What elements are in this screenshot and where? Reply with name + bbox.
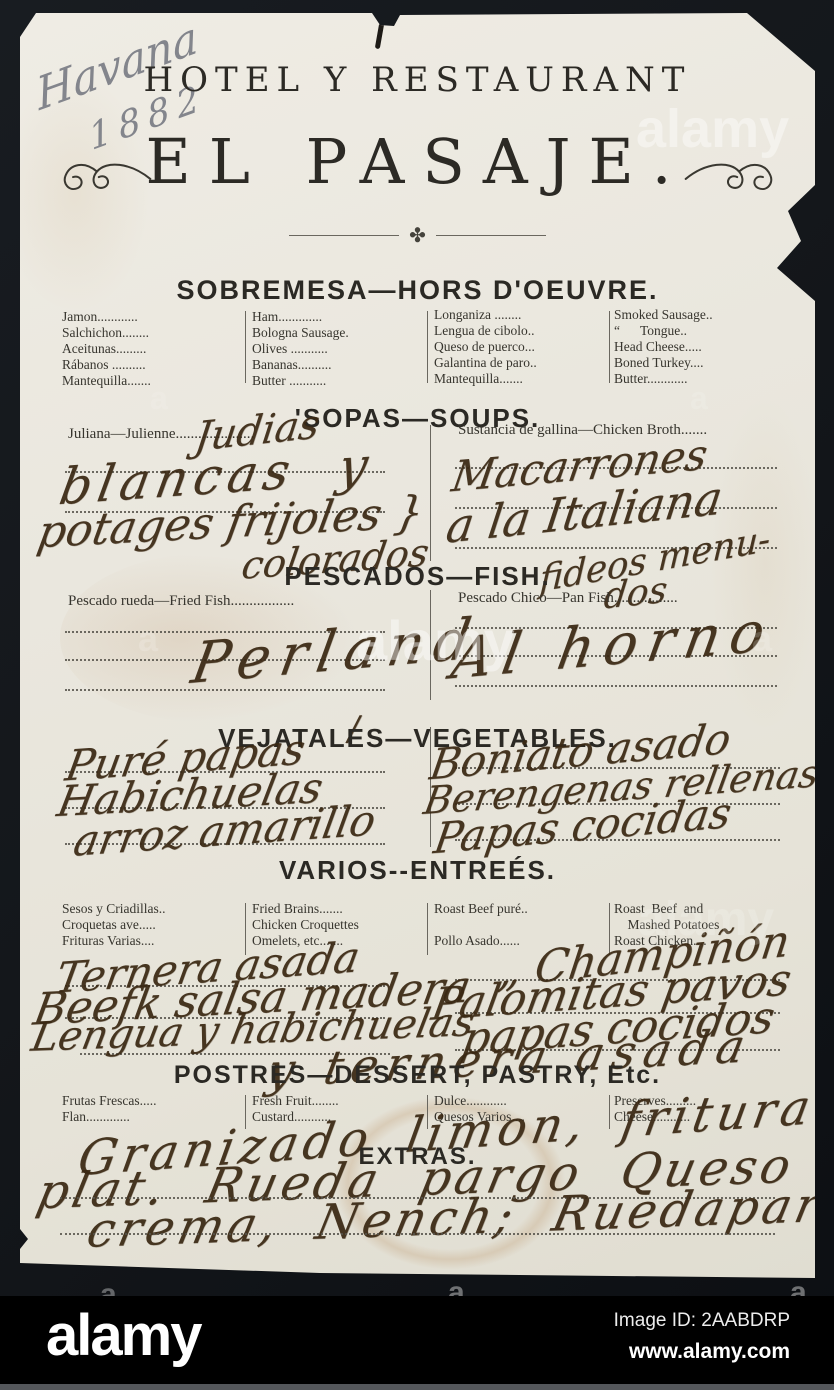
column-divider (427, 903, 428, 955)
menu-item: Queso de puerco... (434, 339, 606, 355)
ornament-divider: ✤ (20, 223, 815, 248)
menu-item (434, 917, 606, 933)
fleuron-icon: ✤ (409, 223, 426, 248)
menu-item: Head Cheese..... (614, 339, 799, 355)
alamy-footer-bar: alamy Image ID: 2AABDRP www.alamy.com (0, 1296, 834, 1384)
menu-item: Mantequilla....... (62, 373, 242, 389)
flourish-left-icon (62, 155, 154, 206)
section-title-sobremesa: SOBREMESA—HORS D'OEUVRE. (20, 275, 815, 306)
menu-item: Rábanos .......... (62, 357, 242, 373)
menu-item: Chicken Croquettes (252, 917, 424, 933)
sobremesa-column-4: Smoked Sausage.. “ Tongue.. Head Cheese.… (614, 307, 799, 387)
menu-item: Butter ........... (252, 373, 424, 389)
section-title-pescados: PESCADOS—FISH. (20, 561, 815, 592)
column-divider (609, 311, 610, 383)
menu-item: “ Tongue.. (614, 323, 799, 339)
scanned-menu-photo: Havana 1882 HOTEL Y RESTAURANT EL PASAJE… (0, 0, 834, 1390)
menu-item: Frutas Frescas..... (62, 1093, 242, 1109)
menu-item: Croquetas ave..... (62, 917, 242, 933)
menu-item: Ham............. (252, 309, 424, 325)
scan-edge-strip (0, 1384, 834, 1390)
menu-item: Boned Turkey.... (614, 355, 799, 371)
alamy-url-link[interactable]: www.alamy.com (629, 1340, 790, 1364)
menu-item: Galantina de paro.. (434, 355, 606, 371)
menu-item: Roast Beef and (614, 901, 804, 917)
hotel-name-line: HOTEL Y RESTAURANT (20, 60, 815, 100)
menu-item: Lengua de cibolo.. (434, 323, 606, 339)
section-title-varios: VARIOS--ENTREÉS. (20, 855, 815, 886)
ornament-rule (436, 235, 546, 236)
pescados-left-label: Pescado rueda—Fried Fish................… (68, 593, 294, 610)
column-divider (245, 311, 246, 383)
menu-item: Mantequilla....... (434, 371, 606, 387)
menu-item: Salchichon........ (62, 325, 242, 341)
handwritten-entry: Al horno (447, 598, 780, 692)
ornament-rule (289, 235, 399, 236)
menu-item: Sesos y Criadillas.. (62, 901, 242, 917)
handwritten-entry: Perland (187, 606, 486, 697)
menu-item: Fried Brains....... (252, 901, 424, 917)
menu-item: Bologna Sausage. (252, 325, 424, 341)
menu-item: Butter............ (614, 371, 799, 387)
menu-item: Longaniza ........ (434, 307, 606, 323)
menu-item: Aceitunas......... (62, 341, 242, 357)
menu-item: Smoked Sausage.. (614, 307, 799, 323)
menu-item: Olives ........... (252, 341, 424, 357)
ink-drip-mark (375, 23, 384, 49)
menu-item: Bananas.......... (252, 357, 424, 373)
sobremesa-column-1: Jamon............ Salchichon........ Ace… (62, 309, 242, 389)
flourish-right-icon (682, 155, 774, 206)
pescados-right-label: Pescado Chico—Pan Fish................. (458, 590, 678, 607)
sobremesa-column-2: Ham............. Bologna Sausage. Olives… (252, 309, 424, 389)
alamy-logo: alamy (46, 1302, 200, 1369)
menu-item: Jamon............ (62, 309, 242, 325)
section-title-postres: POSTRES—DESSERT, PASTRY, Etc. (20, 1061, 815, 1090)
menu-paper: Havana 1882 HOTEL Y RESTAURANT EL PASAJE… (20, 13, 815, 1278)
dotted-rule (60, 1233, 775, 1235)
column-divider (427, 311, 428, 383)
sobremesa-column-3: Longaniza ........ Lengua de cibolo.. Qu… (434, 307, 606, 387)
menu-item: Roast Beef puré.. (434, 901, 606, 917)
image-id-text: Image ID: 2AABDRP (614, 1310, 790, 1332)
menu-item: Fresh Fruit........ (252, 1093, 424, 1109)
